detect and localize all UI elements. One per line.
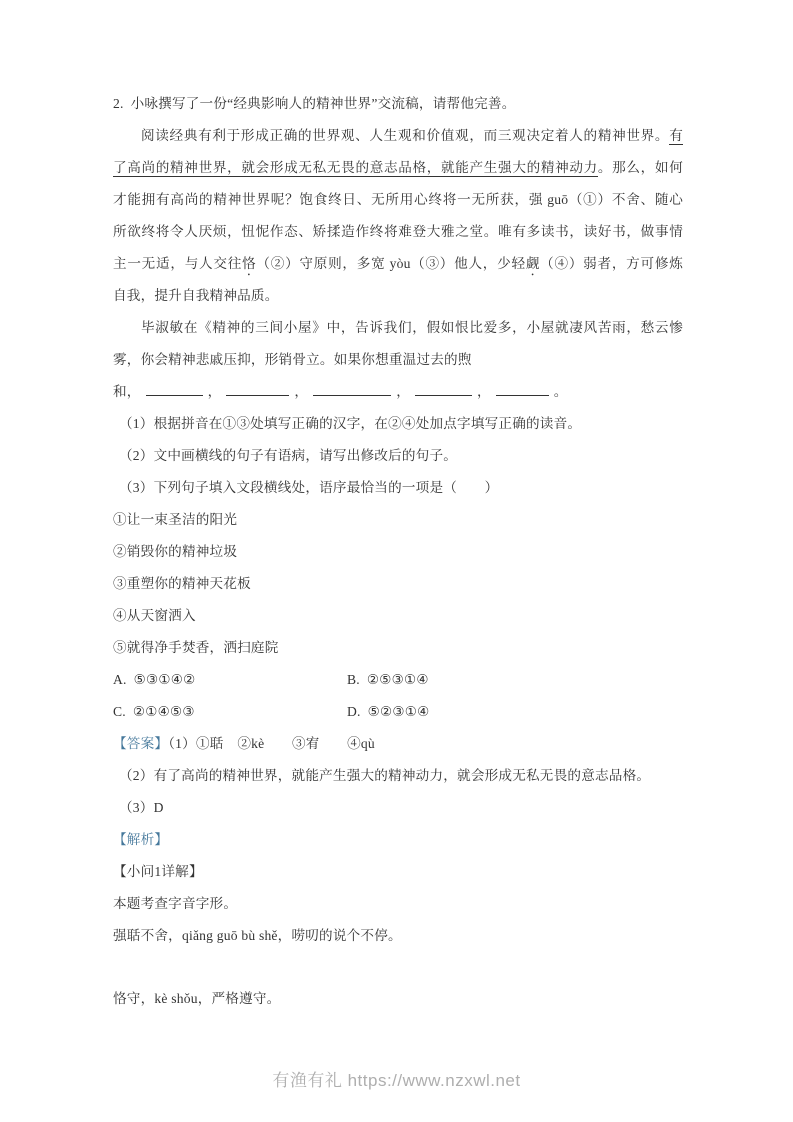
sentence-item-2: ②销毁你的精神垃圾 [113,536,683,568]
text-segment: ④从天窗洒入 [113,608,196,623]
text-segment: （1）根据拼音在①③处填写正确的汉字，在②④处加点字填写正确的读音。 [119,416,581,431]
text-segment: 有 [669,128,683,145]
answer-label: 【答案】 [113,736,168,751]
passage-line-5: 主一无适，与人交往恪（②）守原则，多宽 yòu（③）他人，少轻觑（④）弱者，方可… [113,248,683,280]
text-segment: ， [294,384,308,399]
option-d: D. ⑤②③①④ [347,704,430,719]
text-segment: 【小问1详解】 [113,864,203,879]
sub-explanation-1-label: 【小问1详解】 [113,856,683,888]
text-segment: ①让一束圣洁的阳光 [113,512,237,527]
document-page: 2. 小咏撰写了一份“经典影响人的精神世界”交流稿，请帮他完善。阅读经典有利于形… [0,0,793,1122]
passage-line-4: 所欲终将令人厌烦，忸怩作态、矫揉造作终将难登大雅之堂。唯有多读书，读好书，做事情 [113,216,683,248]
text-segment: 阅读经典有利于形成正确的世界观、人生观和价值观，而三观决定着人的精神世界。 [141,128,669,143]
explanation-line-1: 本题考查字音字形。 [113,888,683,920]
passage-line-1: 阅读经典有利于形成正确的世界观、人生观和价值观，而三观决定着人的精神世界。有 [113,120,683,152]
explanation-line-3: 恪守，kè shǒu，严格遵守。 [113,983,683,1015]
document-lines: 2. 小咏撰写了一份“经典影响人的精神世界”交流稿，请帮他完善。阅读经典有利于形… [113,88,683,1015]
answer-blank [146,381,203,396]
text-segment: ⑤就得净手焚香，洒扫庭院 [113,640,279,655]
text-segment: ， [396,384,410,399]
options-row-ab: A. ⑤③①④②B. ②⑤③①④ [113,664,683,696]
answer-blank [313,381,391,396]
text-segment: 。那么，如何 [598,160,683,175]
analysis-label-line: 【解析】 [113,824,683,856]
text-segment: ， [208,384,222,399]
text-segment: 和， [113,384,141,399]
text-segment: 本题考查字音字形。 [113,896,237,911]
text-segment: 2. 小咏撰写了一份“经典影响人的精神世界”交流稿，请帮他完善。 [113,96,516,111]
text-segment: 才能拥有高尚的精神世界呢？饱食终日、无所用心终将一无所获，强 guō（①）不舍、… [113,192,683,207]
sub-question-1: （1）根据拼音在①③处填写正确的汉字，在②④处加点字填写正确的读音。 [113,408,683,440]
text-segment: 主一无适，与人交往 [113,256,242,271]
text-segment: （④）弱者，方可修炼 [540,256,683,271]
passage-line-2: 了高尚的精神世界，就会形成无私无畏的意志品格，就能产生强大的精神动力。那么，如何 [113,152,683,184]
text-segment: 自我，提升自我精神品质。 [113,288,279,303]
answer-line-2: （2）有了高尚的精神世界，就能产生强大的精神动力，就会形成无私无畏的意志品格。 [113,760,683,792]
question-2-title: 2. 小咏撰写了一份“经典影响人的精神世界”交流稿，请帮他完善。 [113,88,683,120]
answer-line-1: 【答案】（1）①聒 ②kè ③宥 ④qù [113,728,683,760]
answer-blank [415,381,472,396]
analysis-label: 【解析】 [113,832,168,847]
sub-question-3: （3）下列句子填入文段横线处，语序最恰当的一项是（ ） [113,472,683,504]
text-segment: （1）①聒 ②kè ③宥 ④qù [168,736,375,751]
text-segment: 觑 [526,256,540,271]
option-b: B. ②⑤③①④ [347,672,429,687]
option-c: C. ②①④⑤③ [113,696,347,728]
text-segment: （2）有了高尚的精神世界，就能产生强大的精神动力，就会形成无私无畏的意志品格。 [119,768,650,783]
text-segment: （②）守原则，多宽 yòu（③）他人，少轻 [256,256,525,271]
option-a: A. ⑤③①④② [113,664,347,696]
answer-blank [496,381,549,396]
text-segment: ， [477,384,491,399]
text-segment: 恪守，kè shǒu，严格遵守。 [113,991,280,1006]
answer-line-3: （3）D [113,792,683,824]
footer-text: 有渔有礼 https://www.nzxwl.net [272,1071,520,1090]
text-segment: 强聒不舍，qiǎng guō bù shě，唠叨的说个不停。 [113,928,402,943]
sentence-item-5: ⑤就得净手焚香，洒扫庭院 [113,632,683,664]
passage-line-8: 雾，你会精神悲戚压抑，形销骨立。如果你想重温过去的煦 [113,344,683,376]
text-segment: （3）D [119,800,164,815]
text-segment: ②销毁你的精神垃圾 [113,544,237,559]
footer-watermark: 有渔有礼 https://www.nzxwl.net [0,1066,793,1091]
fill-blank-line: 和，，，，，。 [113,376,683,408]
sentence-item-4: ④从天窗洒入 [113,600,683,632]
passage-line-3: 才能拥有高尚的精神世界呢？饱食终日、无所用心终将一无所获，强 guō（①）不舍、… [113,184,683,216]
text-segment: 雾，你会精神悲戚压抑，形销骨立。如果你想重温过去的煦 [113,352,472,367]
text-segment: 。 [554,384,568,399]
text-segment: ③重塑你的精神天花板 [113,576,251,591]
sub-question-2: （2）文中画横线的句子有语病，请写出修改后的句子。 [113,440,683,472]
text-segment: （3）下列句子填入文段横线处，语序最恰当的一项是（ ） [119,480,498,495]
text-segment: 恪 [242,256,256,271]
options-row-cd: C. ②①④⑤③D. ⑤②③①④ [113,696,683,728]
text-segment: 毕淑敏在《精神的三间小屋》中，告诉我们，假如恨比爱多，小屋就凄风苦雨，愁云惨 [141,320,683,335]
answer-blank [226,381,289,396]
text-segment: 了高尚的精神世界，就会形成无私无畏的意志品格，就能产生强大的精神动力 [113,160,598,177]
explanation-line-2: 强聒不舍，qiǎng guō bù shě，唠叨的说个不停。 [113,920,683,952]
text-segment: （2）文中画横线的句子有语病，请写出修改后的句子。 [119,448,457,463]
text-segment: 所欲终将令人厌烦，忸怩作态、矫揉造作终将难登大雅之堂。唯有多读书，读好书，做事情 [113,224,683,239]
sentence-item-3: ③重塑你的精神天花板 [113,568,683,600]
passage-line-6: 自我，提升自我精神品质。 [113,280,683,312]
sentence-item-1: ①让一束圣洁的阳光 [113,504,683,536]
passage-line-7: 毕淑敏在《精神的三间小屋》中，告诉我们，假如恨比爱多，小屋就凄风苦雨，愁云惨 [113,312,683,344]
